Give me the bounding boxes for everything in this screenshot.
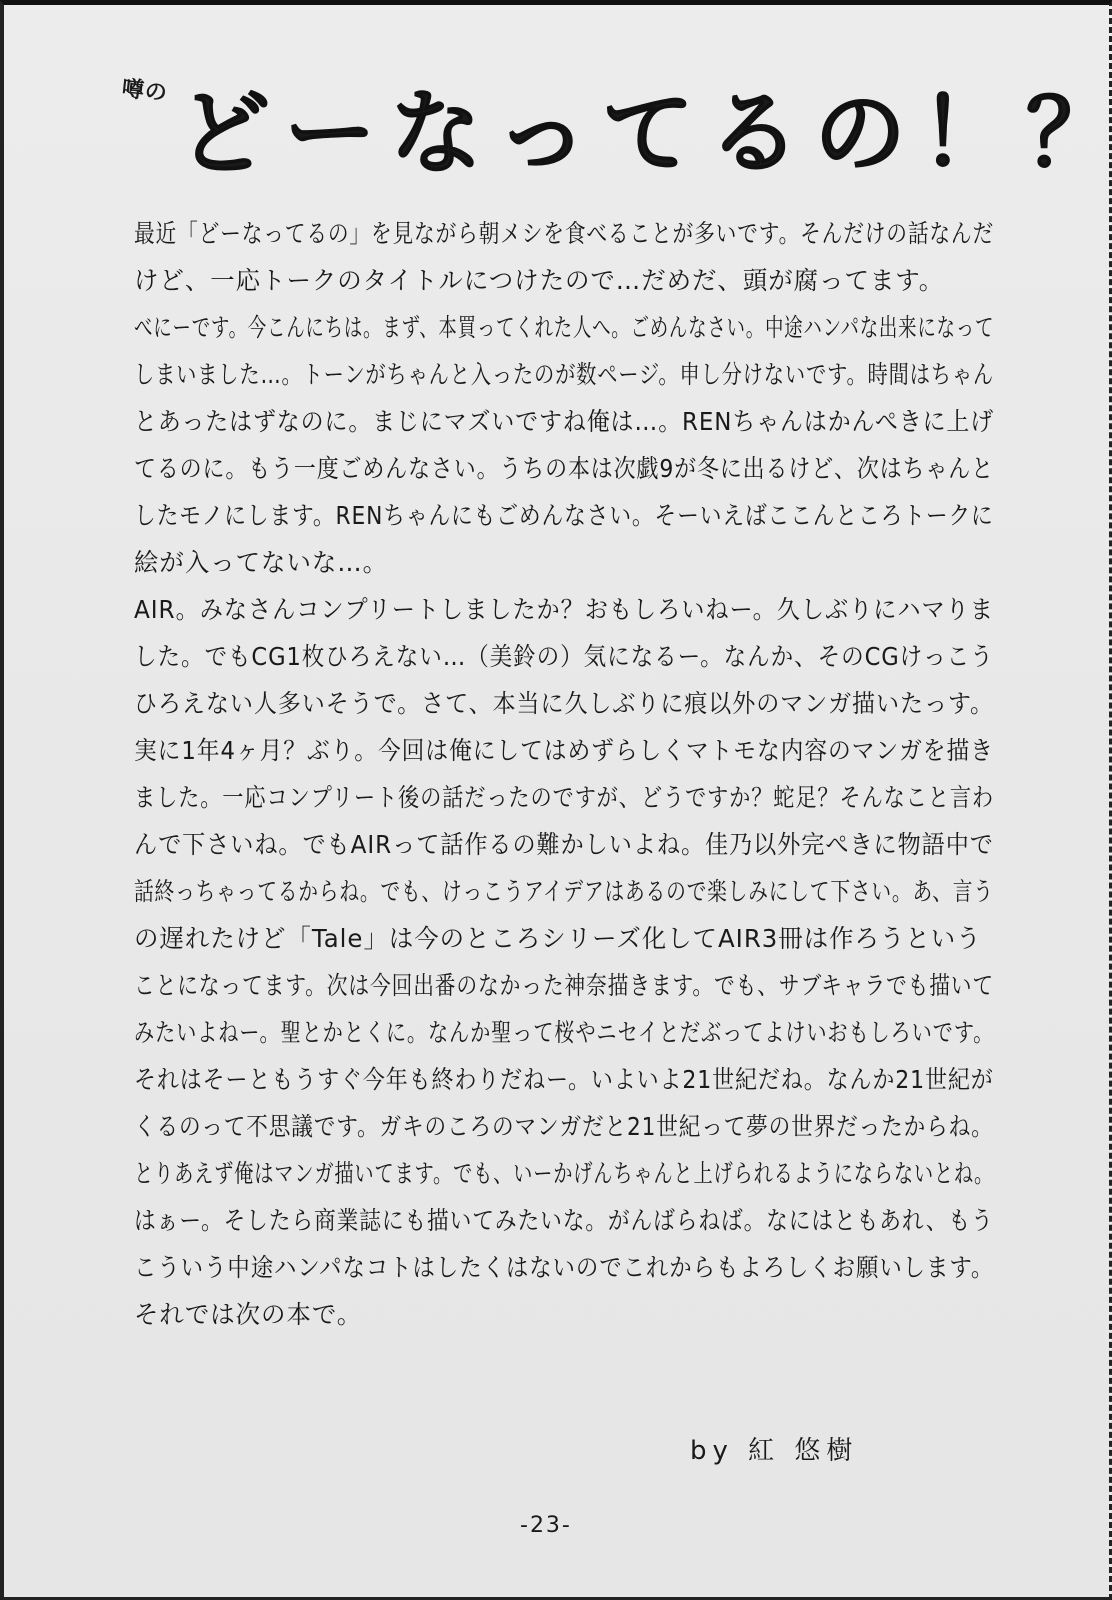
page-number: -23- (520, 1513, 572, 1538)
text-line: した。でもCG1枚ひろえない…（美鈴の）気になるー。なんか、そのCGけっこう (134, 633, 929, 680)
text-line: 絵が入ってないな…。 (134, 539, 994, 586)
text-line: とりあえず俺はマンガ描いてます。でも、いーかげんちゃんと上げられるようにならない… (134, 1150, 812, 1197)
text-line: みたいよねー。聖とかとくに。なんか聖って桜やニセイとだぶってよけいおもしろいです… (134, 1009, 847, 1056)
text-line: ひろえない人多いそうで。さて、本当に久しぶりに痕以外のマンガ描いたっす。 (134, 680, 945, 727)
text-line: AIR。みなさんコンプリートしましたか？おもしろいねー。久しぶりにハマりま (134, 586, 950, 633)
page-title: どーなってるの！？ (178, 88, 1112, 180)
text-line: べにーです。今こんにちは。まず、本買ってくれた人へ。ごめんなさい。中途ハンパな出… (134, 304, 784, 351)
text-line: くるのって不思議です。ガキのころのマンガだと21世紀って夢の世界だったからね。 (134, 1103, 895, 1150)
title-prefix: 噂の (121, 72, 170, 108)
signature: by 紅 悠樹 (690, 1430, 858, 1467)
text-line: の遅れたけど「Tale」は今のところシリーズ化してAIR3冊は作ろうという (134, 915, 994, 962)
text-line: ました。一応コンプリート後の話だったのですが、どうですか？蛇足？そんなこと言わ (134, 774, 881, 821)
body-text: 最近「どーなってるの」を見ながら朝メシを食べることが多いです。そんだけの話なんだ… (134, 210, 1014, 1338)
text-line: んで下さいね。でもAIRって話作るの難かしいよね。佳乃以外完ぺきに物語中で (134, 821, 949, 868)
text-line: はぁー。そしたら商業誌にも描いてみたいな。がんばらねば。なにはともあれ、もう (134, 1197, 899, 1244)
text-line: 実に1年4ヶ月？ぶり。今回は俺にしてはめずらしくマトモな内容のマンガを描き (134, 727, 936, 774)
text-line: それはそーともうすぐ今年も終わりだねー。いよいよ21世紀だね。なんか21世紀が (134, 1056, 909, 1103)
text-line: 話終っちゃってるからね。でも、けっこうアイデアはあるので楽しみにして下さい。あ、… (134, 868, 829, 915)
text-line: したモノにします。RENちゃんにもごめんなさい。そーいえばここんところトークに (134, 492, 899, 539)
text-line: それでは次の本で。 (134, 1291, 994, 1338)
text-line: とあったはずなのに。まじにマズいですね俺は…。RENちゃんはかんぺきに上げ (134, 398, 941, 445)
text-line: けど、一応トークのタイトルにつけたので…だめだ、頭が腐ってます。 (134, 257, 994, 304)
text-line: 最近「どーなってるの」を見ながら朝メシを食べることが多いです。そんだけの話なんだ (134, 210, 863, 257)
text-line: しまいました…。トーンがちゃんと入ったのが数ページ。申し分けないです。時間はちゃ… (134, 351, 847, 398)
text-line: ことになってます。次は今回出番のなかった神奈描きます。でも、サブキャラでも描いて (134, 962, 865, 1009)
text-line: てるのに。もう一度ごめんなさい。うちの本は次戯9が冬に出るけど、次はちゃんと (134, 445, 907, 492)
text-line: こういう中途ハンパなコトはしたくはないのでこれからもよろしくお願いします。 (134, 1244, 924, 1291)
